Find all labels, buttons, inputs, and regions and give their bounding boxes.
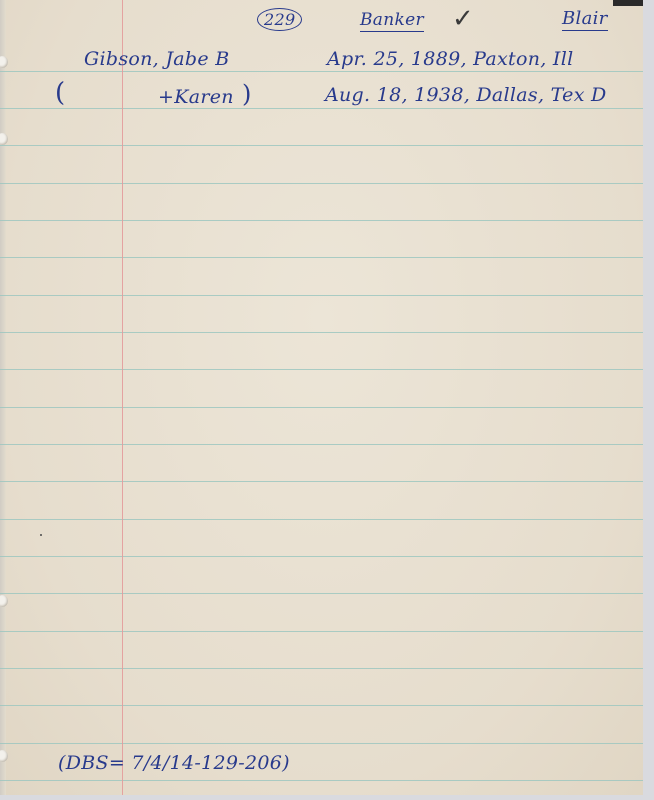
record-number: 229 (257, 8, 302, 31)
rule-line (0, 593, 643, 594)
rule-line (0, 519, 643, 520)
rule-line (0, 705, 643, 706)
binder-hole (0, 595, 8, 607)
rule-line (0, 295, 643, 296)
binder-hole (0, 750, 8, 762)
open-paren: ( (55, 78, 65, 108)
rule-line (0, 257, 643, 258)
rule-line (0, 631, 643, 632)
ink-speck (40, 534, 42, 536)
binder-hole (0, 133, 8, 145)
occupation: Banker (360, 10, 424, 32)
reference-note: (DBS= 7/4/14-129-206) (58, 752, 290, 774)
spouse-name: +Karen (158, 86, 234, 108)
birth-info: Apr. 25, 1889, Paxton, Ill (327, 48, 573, 70)
rule-line (0, 444, 643, 445)
rule-line (0, 556, 643, 557)
notebook-page: 229 Banker ✓ Blair Gibson, Jabe B ( +Kar… (0, 0, 643, 795)
person-name: Gibson, Jabe B (84, 48, 229, 70)
rule-line (0, 183, 643, 184)
close-paren: ) (242, 80, 252, 108)
binder-hole (0, 56, 8, 68)
rule-line (0, 369, 643, 370)
rule-line (0, 332, 643, 333)
rule-line (0, 145, 643, 146)
rule-line (0, 220, 643, 221)
corner-shadow (613, 0, 643, 6)
rule-line (0, 71, 643, 72)
rule-line (0, 407, 643, 408)
death-info: Aug. 18, 1938, Dallas, Tex D (325, 84, 607, 106)
margin-line (122, 0, 123, 795)
rule-line (0, 108, 643, 109)
checkmark-icon: ✓ (452, 4, 474, 34)
rule-line (0, 780, 643, 781)
rule-line (0, 668, 643, 669)
rule-line (0, 481, 643, 482)
surname-tag: Blair (562, 8, 608, 31)
paper-left-edge (0, 0, 6, 795)
rule-line (0, 743, 643, 744)
